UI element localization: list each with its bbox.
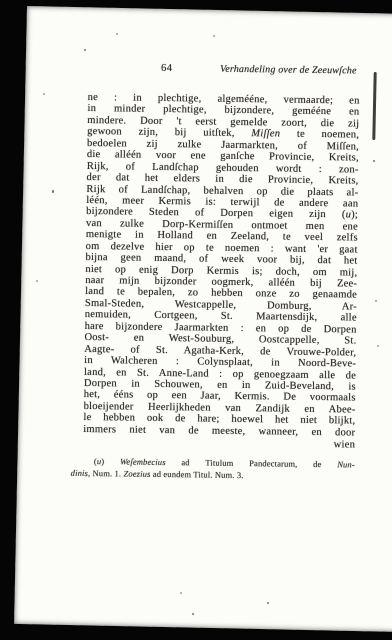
page-number: 64 xyxy=(161,63,173,74)
book-scan: 64 Verhandeling over de Zeeuwſche ne : i… xyxy=(0,0,392,640)
running-title: Verhandeling over de Zeeuwſche xyxy=(220,64,357,77)
footnote-line: dinis, Num. 1. Zoezius ad eundem Titul. … xyxy=(71,467,244,479)
page-content: 64 Verhandeling over de Zeeuwſche ne : i… xyxy=(0,0,392,640)
catchword: wien xyxy=(83,436,355,451)
scanned-book-page: { "page": { "page_number": "64", "runnin… xyxy=(0,0,392,640)
body-text: ne : in plechtige, algemééne, vermaarde;… xyxy=(83,92,359,439)
